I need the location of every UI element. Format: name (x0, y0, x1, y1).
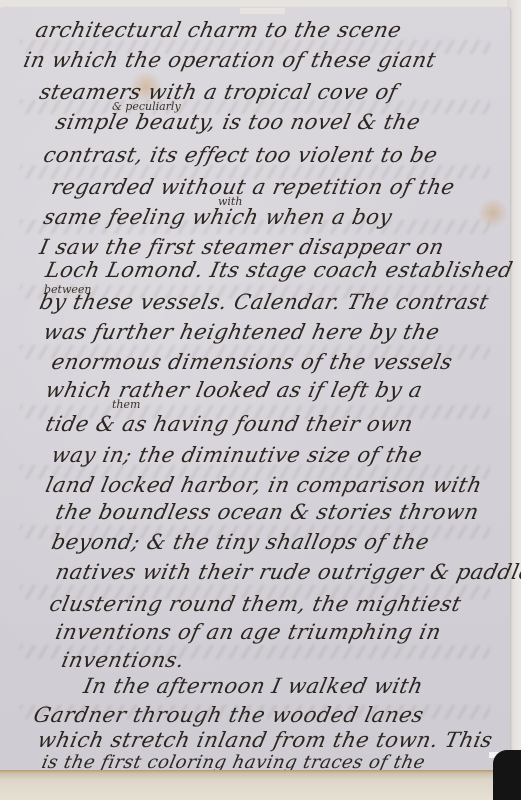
text-line: enormous dimensions of the vessels (49, 350, 514, 374)
text-line: I saw the first steamer disappear on (37, 235, 502, 259)
text-line: regarded without a repetition of the (49, 175, 514, 199)
text-line: architectural charm to the scene (33, 18, 498, 42)
text-line: the boundless ocean & stories thrown (53, 500, 518, 524)
handwritten-text: architectural charm to the scene in whic… (0, 0, 510, 770)
text-line: which stretch inland from the town. This (35, 728, 500, 752)
interlinear-insertion: & peculiarly (112, 100, 181, 113)
text-line: natives with their rude outrigger & padd… (53, 560, 518, 584)
text-line: contrast, its effect too violent to be (41, 143, 506, 167)
text-line: was further heightened here by the (41, 320, 506, 344)
text-line: inventions of an age triumphing in (53, 620, 518, 644)
text-line: Loch Lomond. Its stage coach established (43, 258, 508, 282)
interlinear-insertion: with (218, 195, 242, 208)
text-line: land locked harbor, in comparison with (43, 473, 508, 497)
text-line: inventions. (59, 648, 521, 672)
text-line: Gardner through the wooded lanes (31, 703, 496, 727)
text-line: tide & as having found their own (43, 412, 508, 436)
text-line: in which the operation of these giant (21, 48, 486, 72)
text-line: way in; the diminutive size of the (49, 443, 514, 467)
interlinear-insertion: them (112, 398, 140, 411)
text-line: In the afternoon I walked with (81, 674, 521, 698)
page-bottom-edge (0, 770, 500, 800)
text-line: beyond; & the tiny shallops of the (49, 530, 514, 554)
text-line: by these vessels. Calendar. The contrast (37, 290, 502, 314)
binding-shadow (493, 750, 521, 800)
text-line: simple beauty, is too novel & the (53, 110, 518, 134)
interlinear-insertion: between (44, 283, 92, 296)
text-line: steamers with a tropical cove of (37, 80, 502, 104)
text-line: clustering round them, the mightiest (47, 592, 512, 616)
text-line: same feeling which when a boy (41, 205, 506, 229)
